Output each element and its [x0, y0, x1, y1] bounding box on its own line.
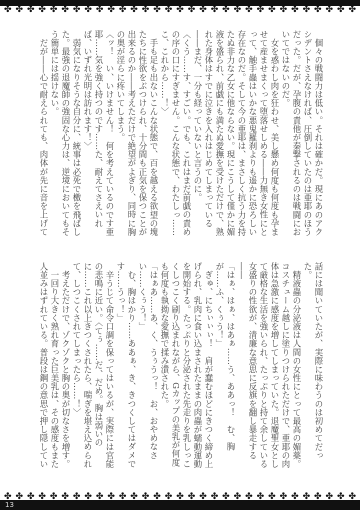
- fleur-ornament-icon: ✤: [48, 5, 59, 15]
- fleur-ornament-icon: ✤: [301, 5, 312, 15]
- page-number: 13: [5, 500, 14, 510]
- fleur-ornament-icon: ✤: [312, 5, 323, 15]
- fleur-ornament-icon: ✤: [255, 5, 266, 15]
- bottom-border-band: [0, 500, 360, 510]
- fleur-ornament-icon: ✤: [140, 5, 151, 15]
- paragraph: 個々の戦闘力は低い。それは確かだ。現にあのアクシデントさえなければ、圧倒していた…: [280, 30, 324, 240]
- paragraph: 〈ッ！ い、いけません！ 何を考えているのです亜耶……気を強く持つのです……た、…: [82, 30, 115, 240]
- paragraph: 辛うじて命令口調を保ってはいるが、実際には官能の悲鳴に近い。〈てぅ……だ、だめ。…: [71, 262, 115, 472]
- fleur-ornament-icon: ✤: [59, 5, 70, 15]
- paragraph: 〈くう……す、すごい。でも、これはまだ前戯の責めの序の口にすぎません。こんな状態…: [159, 30, 192, 240]
- paragraph: 手も足も出ないこんな状態で、百を越える欲望の塊たちに性欲をぶつけられ、十分間も正…: [115, 30, 159, 240]
- fleur-ornament-icon: ✤: [266, 5, 277, 15]
- fleur-ornament-icon: ✤: [117, 5, 128, 15]
- paragraph: 「はぁ、はぁ、はあぁ……う、ああっ！ む、胸が……ふ、くぅう！」: [214, 262, 236, 472]
- paragraph: 考えただけで、ゾクゾクと胸の奥が切なさを増す。: [60, 262, 71, 472]
- upper-text-block: 個々の戦闘力は低い。それは確かだ。現にあのアクシデントさえなければ、圧倒していた…: [39, 30, 324, 240]
- paragraph: 弱気になりそうな自分に、統事は必死で檄を飛ばした。最強の退魔師の強固な心力は、逆…: [49, 30, 82, 240]
- fleur-ornament-icon: ✤: [289, 5, 300, 15]
- fleur-ornament-icon: ✤: [105, 5, 116, 15]
- fleur-ornament-icon: ✤: [220, 5, 231, 15]
- paragraph: ぎゅ、にちぃぃぃ！ 肩が蠢むほどにきつく締め上げられ、乳肉に食い込まされたままの…: [159, 262, 214, 472]
- fleur-ornament-icon: ✤: [278, 5, 289, 15]
- fleur-ornament-icon: ✤: [2, 5, 13, 15]
- lower-text-block: 話には聞いていたが、実際に味わうのは初めてだった。 精液蟲の分泌液は人間の女性に…: [39, 262, 324, 472]
- fleur-ornament-icon: ✤: [94, 5, 105, 15]
- fleur-ornament-icon: ✤: [36, 5, 47, 15]
- fleur-ornament-icon: ✤: [197, 5, 208, 15]
- paragraph: 「はぁあ……あ、く、うぅうっ！ お、おやめなさい……くぅう！」: [137, 262, 159, 472]
- fleur-ornament-icon: ✤: [324, 5, 335, 15]
- top-ornament-row: ✤✤✤✤✤✤✤✤✤✤✤✤✤✤✤✤✤✤✤✤✤✤✤✤✤✤✤✤✤✤✤: [0, 5, 360, 15]
- fleur-ornament-icon: ✤: [243, 5, 254, 15]
- paragraph: む、胸はかり……ああぁ、き、きつくしてはダメです……うっ！」: [115, 262, 137, 472]
- fleur-ornament-icon: ✤: [13, 5, 24, 15]
- fleur-ornament-icon: ✤: [71, 5, 82, 15]
- fleur-ornament-icon: ✤: [25, 5, 36, 15]
- fleur-ornament-icon: ✤: [174, 5, 185, 15]
- fleur-ornament-icon: ✤: [347, 5, 358, 15]
- fleur-ornament-icon: ✤: [232, 5, 243, 15]
- fleur-ornament-icon: ✤: [82, 5, 93, 15]
- paragraph: 話には聞いていたが、実際に味わうのは初めてだった。: [302, 262, 324, 472]
- paragraph: 一回り大きく熟れ育った巨美乳は、その感度もまた人並みはずれている。普段は鋼の意思…: [39, 262, 60, 472]
- fleur-ornament-icon: ✤: [335, 5, 346, 15]
- fleur-ornament-icon: ✤: [151, 5, 162, 15]
- paragraph: だが――心で耐えられても、肉体が先に音を上げては意味がない。: [39, 30, 49, 240]
- paragraph: 精液蟲の分泌液は人間の女性にとって最高の媚薬。コスチューム越しに塗りつけられただ…: [236, 262, 302, 472]
- paragraph: 女を惑わし肉を狂わせ、美し懸め何度も何度も孕ませて産ませまくって堕落せしめる――…: [192, 30, 280, 240]
- fleur-ornament-icon: ✤: [209, 5, 220, 15]
- fleur-ornament-icon: ✤: [163, 5, 174, 15]
- fleur-ornament-icon: ✤: [186, 5, 197, 15]
- fleur-ornament-icon: ✤: [128, 5, 139, 15]
